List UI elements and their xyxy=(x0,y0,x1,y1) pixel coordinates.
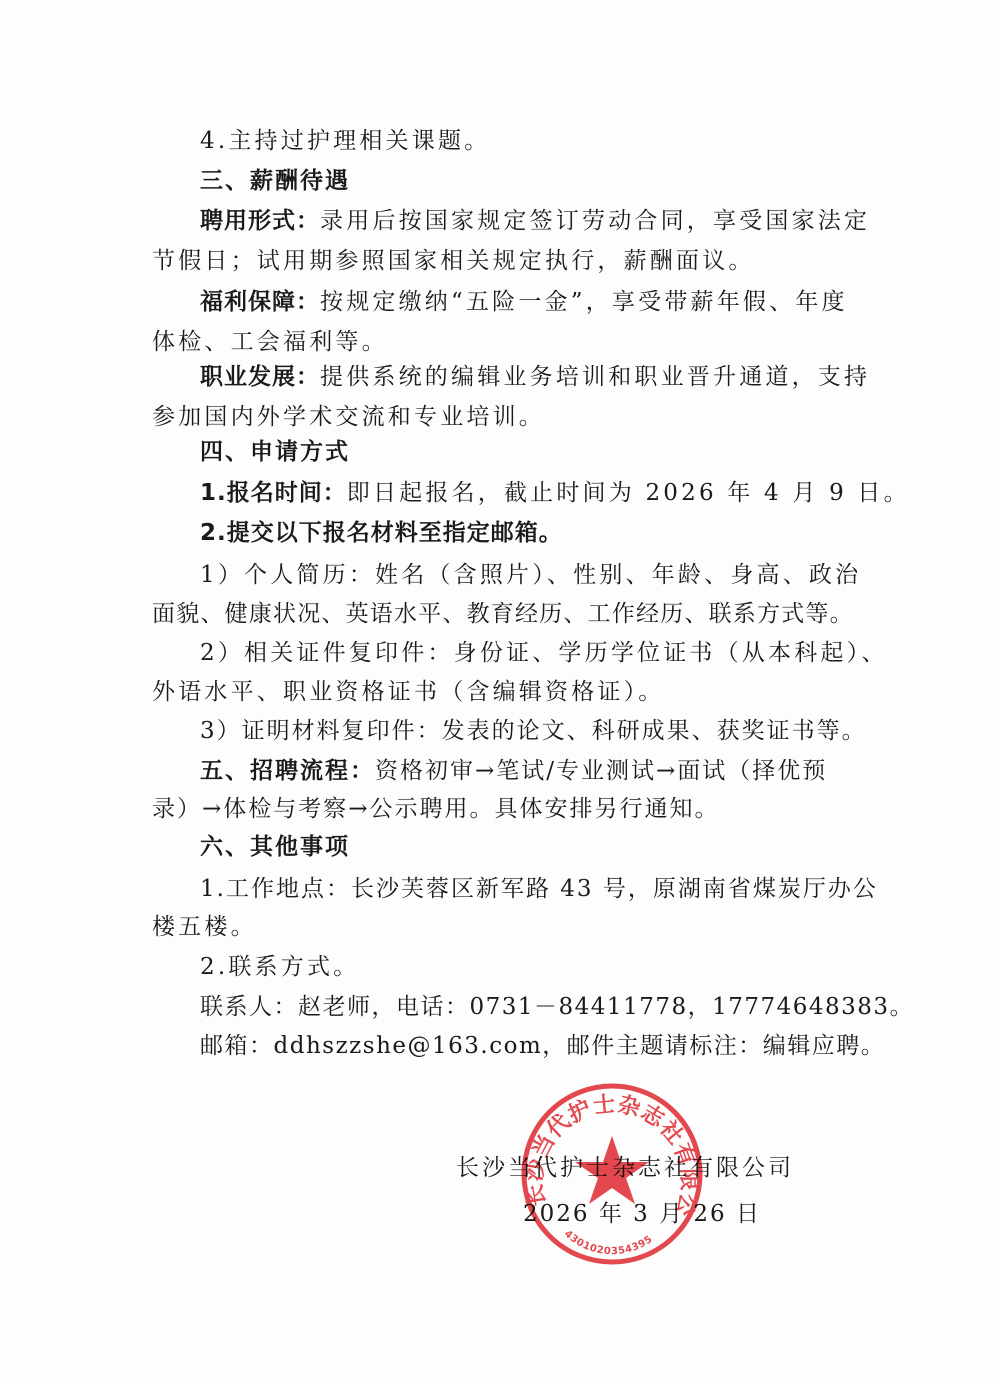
list-item-resume: 1）个人简历：姓名（含照片）、性别、年龄、身高、政治 xyxy=(200,555,880,595)
paragraph-registration-time: 1.报名时间：即日起报名，截止时间为 2026 年 4 月 9 日。 xyxy=(200,473,880,513)
paragraph-benefits: 福利保障：按规定缴纳“五险一金”，享受带薪年假、年度 xyxy=(200,282,880,322)
paragraph-employment-form-cont: 节假日；试用期参照国家相关规定执行，薪酬面议。 xyxy=(152,241,832,281)
paragraph-recruitment-process-cont: 录）→体检与考察→公示聘用。具体安排另行通知。 xyxy=(152,789,832,829)
line-text: 体检、工会福利等。 xyxy=(152,329,388,355)
line-text: 录用后按国家规定签订劳动合同，享受国家法定 xyxy=(320,208,870,234)
section-heading-application: 四、申请方式 xyxy=(200,432,880,472)
paragraph-contact-email: 邮箱：ddhszzshe@163.com，邮件主题请标注：编辑应聘。 xyxy=(200,1026,880,1066)
label-employment-form: 聘用形式： xyxy=(200,208,320,234)
label-recruitment-process: 五、招聘流程： xyxy=(200,758,375,784)
paragraph-contact-person: 联系人：赵老师，电话：0731－84411778，17774648383。 xyxy=(200,987,880,1027)
line-text: 4.主持过护理相关课题。 xyxy=(200,128,490,154)
line-text: 联系人：赵老师，电话：0731－84411778，17774648383。 xyxy=(200,994,914,1020)
heading-text: 三、薪酬待遇 xyxy=(200,168,350,194)
requirement-item-4: 4.主持过护理相关课题。 xyxy=(200,121,880,161)
line-text: 参加国内外学术交流和专业培训。 xyxy=(152,404,545,430)
heading-text: 四、申请方式 xyxy=(200,439,350,465)
line-text: 录）→体检与考察→公示聘用。具体安排另行通知。 xyxy=(152,796,720,822)
paragraph-employment-form: 聘用形式：录用后按国家规定签订劳动合同，享受国家法定 xyxy=(200,201,880,241)
label-career: 职业发展： xyxy=(200,364,320,390)
heading-text: 六、其他事项 xyxy=(200,834,350,860)
section-heading-salary: 三、薪酬待遇 xyxy=(200,161,880,201)
line-text: 面貌、健康状况、英语水平、教育经历、工作经历、联系方式等。 xyxy=(152,601,854,627)
paragraph-work-location: 1.工作地点：长沙芙蓉区新军路 43 号，原湖南省煤炭厅办公 xyxy=(200,869,880,909)
paragraph-contact-heading: 2.联系方式。 xyxy=(200,947,880,987)
paragraph-work-location-cont: 楼五楼。 xyxy=(152,907,832,947)
list-item-certificates-cont: 外语水平、职业资格证书（含编辑资格证）。 xyxy=(152,672,832,712)
official-seal-icon: 长沙当代护士杂志社有限公司 4301020354395 xyxy=(518,1080,706,1268)
section-heading-other: 六、其他事项 xyxy=(200,827,880,867)
line-text: 提供系统的编辑业务培训和职业晋升通道，支持 xyxy=(320,364,870,390)
line-text: 邮箱：ddhszzshe@163.com，邮件主题请标注：编辑应聘。 xyxy=(200,1033,885,1059)
line-text: 外语水平、职业资格证书（含编辑资格证）。 xyxy=(152,679,665,705)
line-text: 2.联系方式。 xyxy=(200,954,359,980)
paragraph-submit-materials: 2.提交以下报名材料至指定邮箱。 xyxy=(200,513,880,553)
list-item-resume-cont: 面貌、健康状况、英语水平、教育经历、工作经历、联系方式等。 xyxy=(152,594,832,634)
label-registration-time: 1.报名时间： xyxy=(200,480,347,506)
line-text: 1）个人简历：姓名（含照片）、性别、年龄、身高、政治 xyxy=(200,562,861,588)
paragraph-benefits-cont: 体检、工会福利等。 xyxy=(152,322,832,362)
paragraph-career-cont: 参加国内外学术交流和专业培训。 xyxy=(152,397,832,437)
paragraph-career: 职业发展：提供系统的编辑业务培训和职业晋升通道，支持 xyxy=(200,357,880,397)
seal-star-icon xyxy=(575,1136,649,1204)
line-text: 2）相关证件复印件：身份证、学历学位证书（从本科起）、 xyxy=(200,640,888,666)
document-page: 4.主持过护理相关课题。 三、薪酬待遇 聘用形式：录用后按国家规定签订劳动合同，… xyxy=(0,0,1000,1378)
line-text: 按规定缴纳“五险一金”，享受带薪年假、年度 xyxy=(320,289,848,315)
paragraph-recruitment-process: 五、招聘流程：资格初审→笔试/专业测试→面试（择优预 xyxy=(200,751,880,791)
label-benefits: 福利保障： xyxy=(200,289,320,315)
line-text: 楼五楼。 xyxy=(152,914,257,940)
line-text: 节假日；试用期参照国家相关规定执行，薪酬面议。 xyxy=(152,248,755,274)
line-text: 3）证明材料复印件：发表的论文、科研成果、获奖证书等。 xyxy=(200,718,867,744)
list-item-certificates: 2）相关证件复印件：身份证、学历学位证书（从本科起）、 xyxy=(200,633,880,673)
line-text: 即日起报名，截止时间为 2026 年 4 月 9 日。 xyxy=(347,480,910,506)
line-text: 资格初审→笔试/专业测试→面试（择优预 xyxy=(375,758,827,784)
list-item-proof-materials: 3）证明材料复印件：发表的论文、科研成果、获奖证书等。 xyxy=(200,711,880,751)
label-submit-materials: 2.提交以下报名材料至指定邮箱。 xyxy=(200,520,563,546)
line-text: 1.工作地点：长沙芙蓉区新军路 43 号，原湖南省煤炭厅办公 xyxy=(200,876,878,902)
